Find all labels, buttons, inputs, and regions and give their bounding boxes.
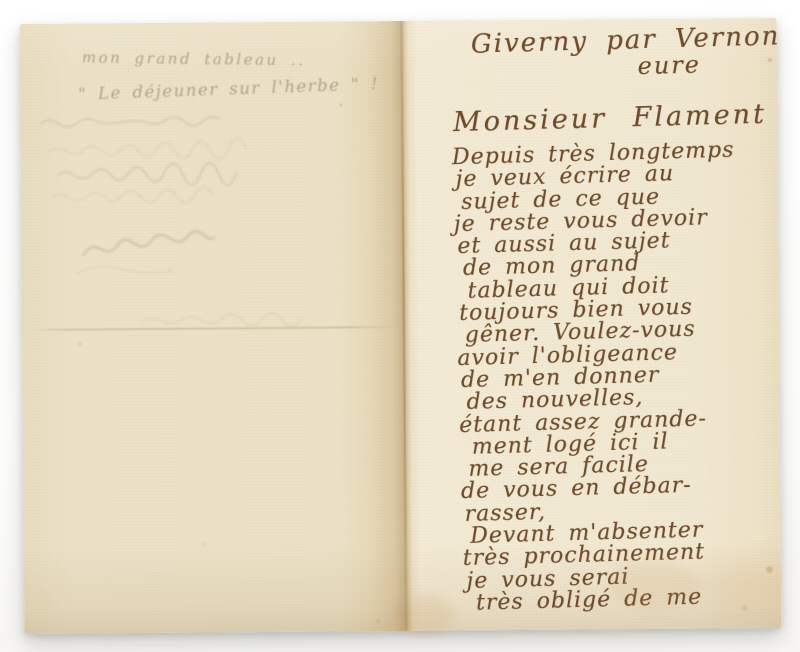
- handwriting-line: très obligé de me: [476, 584, 788, 615]
- pencil-annotation-line-2: " Le déjeuner sur l'herbe " !: [78, 74, 380, 104]
- ink-show-through: [20, 101, 403, 364]
- letter-body: Depuis très longtempsje veux écrire ausu…: [452, 138, 789, 615]
- letter-sheet: mon grand tableau .. " Le déjeuner sur l…: [20, 18, 782, 634]
- photo-background: mon grand tableau .. " Le déjeuner sur l…: [0, 0, 800, 652]
- letter-salutation: Monsieur Flament: [453, 98, 776, 138]
- pencil-annotation-line-1: mon grand tableau ..: [82, 48, 379, 70]
- letter-page-right: Giverny par Vernon eure Monsieur Flament…: [400, 11, 792, 631]
- letter-page-left: mon grand tableau .. " Le déjeuner sur l…: [20, 21, 406, 634]
- pencil-annotation: mon grand tableau .. " Le déjeuner sur l…: [82, 49, 379, 99]
- horizontal-fold-crease: [28, 326, 400, 331]
